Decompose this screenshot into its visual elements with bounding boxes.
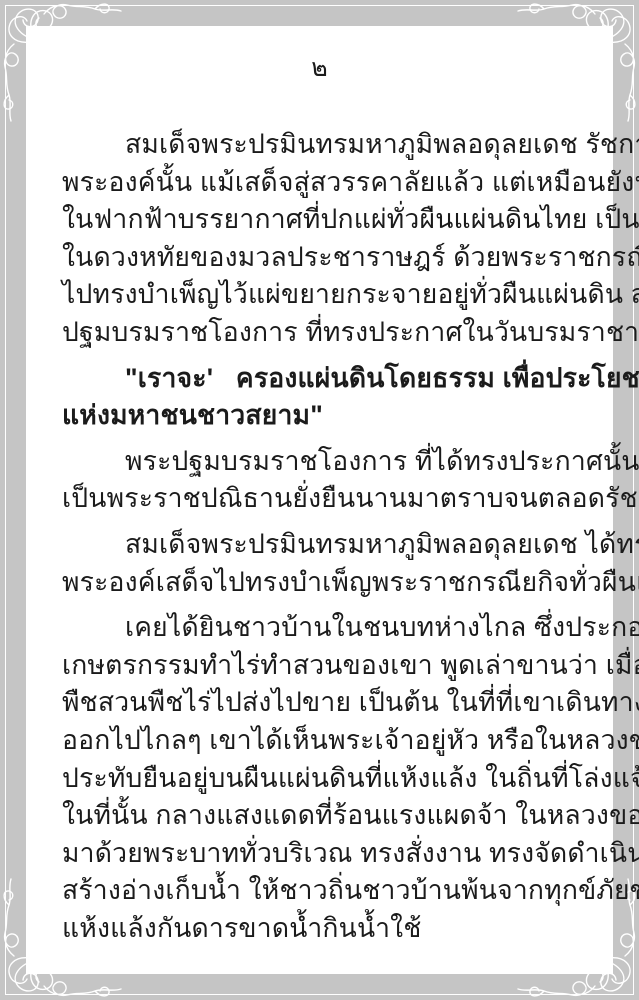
paragraph-5: เคยได้ยินชาวบ้านในชนบทห่างไกล ซึ่งประกอบ… — [62, 609, 584, 947]
text-line: พระปฐมบรมราชโองการ ที่ได้ทรงประกาศนั้น น… — [62, 443, 584, 481]
text-line: พระองค์เสด็จไปทรงบำเพ็ญพระราชกรณียกิจทั่… — [62, 564, 584, 602]
book-page: ๒ สมเด็จพระปรมินทรมหาภูมิพลอดุลยเดช รัชก… — [0, 0, 639, 1000]
paragraph-3: พระปฐมบรมราชโองการ ที่ได้ทรงประกาศนั้น น… — [62, 443, 584, 518]
text-line: แห้งแล้งกันดารขาดน้ำกินน้ำใช้ — [62, 910, 584, 948]
paragraph-4: สมเด็จพระปรมินทรมหาภูมิพลอดุลยเดช ได้ทรง… — [62, 526, 584, 601]
text-line: แห่งมหาชนชาวสยาม" — [62, 397, 584, 435]
royal-command-quote: "เราจะ' ครองแผ่นดินโดยธรรม เพื่อประโยชน์… — [62, 360, 584, 435]
text-line: เคยได้ยินชาวบ้านในชนบทห่างไกล ซึ่งประกอบ… — [62, 609, 584, 647]
text-line: ไปทรงบำเพ็ญไว้แผ่ขยายกระจายอยู่ทั่วผืนแผ… — [62, 276, 584, 314]
text-line: เป็นพระราชปณิธานยั่งยืนนานมาตราบจนตลอดรั… — [62, 480, 584, 518]
text-line: ในที่นั้น กลางแสงแดดที่ร้อนแรงแผดจ้า ในห… — [62, 797, 584, 835]
paragraph-1: สมเด็จพระปรมินทรมหาภูมิพลอดุลยเดช รัชกาล… — [62, 126, 584, 352]
text-line: พระองค์นั้น แม้เสด็จสู่สวรรคาลัยแล้ว แต่… — [62, 164, 584, 202]
page-number: ๒ — [0, 48, 639, 88]
text-line: ออกไปไกลๆ เขาได้เห็นพระเจ้าอยู่หัว หรือใ… — [62, 722, 584, 760]
text-line: ในดวงหทัยของมวลประชาราษฎร์ ด้วยพระราชกรณ… — [62, 239, 584, 277]
text-line: พืชสวนพืชไร่ไปส่งไปขาย เป็นต้น ในที่ที่เ… — [62, 684, 584, 722]
text-line: "เราจะ' ครองแผ่นดินโดยธรรม เพื่อประโยชน์… — [62, 360, 584, 398]
text-line: สมเด็จพระปรมินทรมหาภูมิพลอดุลยเดช รัชกาล… — [62, 126, 584, 164]
text-line: สมเด็จพระปรมินทรมหาภูมิพลอดุลยเดช ได้ทรง… — [62, 526, 584, 564]
text-line: ปฐมบรมราชโองการ ที่ทรงประกาศในวันบรมราชา… — [62, 314, 584, 352]
text-line: เกษตรกรรมทำไร่ทำสวนของเขา พูดเล่าขานว่า … — [62, 647, 584, 685]
text-line: ประทับยืนอยู่บนผืนแผ่นดินที่แห้งแล้ง ในถ… — [62, 760, 584, 798]
text-line: มาด้วยพระบาททั่วบริเวณ ทรงสั่งงาน ทรงจัด… — [62, 835, 584, 873]
text-line: สร้างอ่างเก็บน้ำ ให้ชาวถิ่นชาวบ้านพ้นจาก… — [62, 872, 584, 910]
body-text: สมเด็จพระปรมินทรมหาภูมิพลอดุลยเดช รัชกาล… — [62, 126, 584, 955]
text-line: ในฟากฟ้าบรรยากาศที่ปกแผ่ทั่วผืนแผ่นดินไท… — [62, 201, 584, 239]
